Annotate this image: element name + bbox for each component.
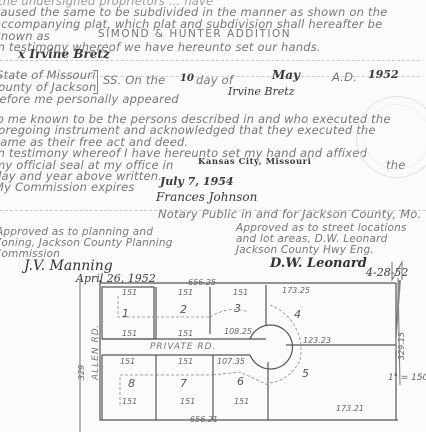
svg-text:173.21: 173.21 (336, 404, 364, 413)
svg-text:3: 3 (234, 302, 241, 315)
svg-text:151: 151 (234, 397, 249, 406)
svg-text:151: 151 (120, 357, 135, 366)
svg-text:656.25: 656.25 (188, 278, 216, 287)
svg-text:2: 2 (180, 303, 187, 316)
svg-text:151: 151 (178, 288, 193, 297)
svg-text:1: 1 (122, 307, 129, 320)
svg-text:1" = 150': 1" = 150' (388, 373, 426, 383)
svg-text:5: 5 (302, 367, 309, 380)
plat-map: 656.25 656.21 329 329.15 ALLEN RD. PRIVA… (0, 0, 426, 432)
svg-text:151: 151 (122, 329, 137, 338)
svg-text:329: 329 (77, 365, 86, 380)
svg-text:8: 8 (128, 377, 135, 390)
svg-text:7: 7 (180, 377, 187, 390)
svg-text:6: 6 (237, 375, 244, 388)
svg-text:151: 151 (178, 329, 193, 338)
svg-text:PRIVATE RD.: PRIVATE RD. (150, 342, 216, 352)
svg-text:173.25: 173.25 (282, 286, 310, 295)
plat-document: the undersigned proprietors ... have cau… (0, 0, 426, 432)
svg-text:4: 4 (294, 308, 301, 321)
north-arrow-icon (392, 262, 402, 385)
svg-text:151: 151 (122, 397, 137, 406)
svg-text:151: 151 (122, 288, 137, 297)
svg-text:123.23: 123.23 (303, 336, 331, 345)
svg-text:ALLEN RD.: ALLEN RD. (91, 323, 101, 381)
svg-text:151: 151 (180, 397, 195, 406)
svg-text:107.35: 107.35 (217, 357, 245, 366)
svg-text:656.21: 656.21 (190, 415, 218, 424)
svg-text:108.25: 108.25 (224, 327, 252, 336)
svg-text:151: 151 (178, 357, 193, 366)
svg-text:329.15: 329.15 (397, 332, 406, 360)
svg-text:151: 151 (233, 288, 248, 297)
